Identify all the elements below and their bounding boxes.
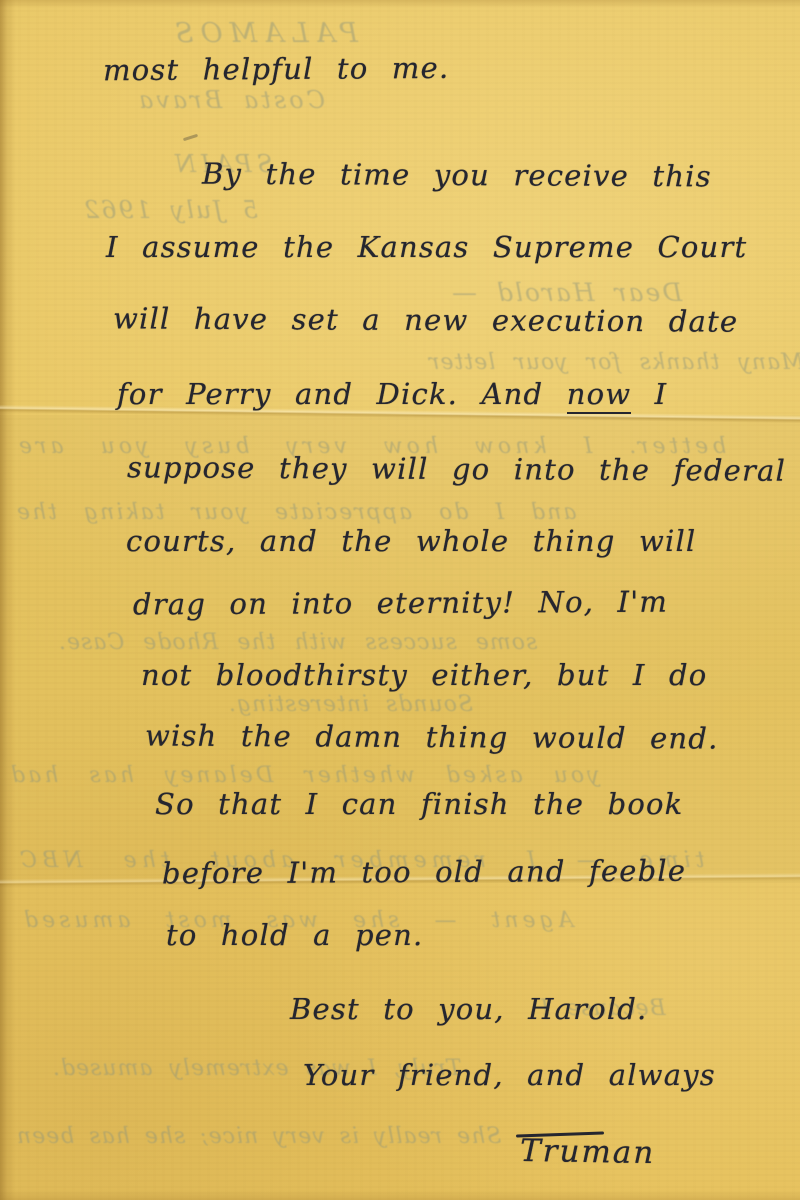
letter-line: wish the damn thing would end.: [145, 718, 719, 755]
letter-line: I assume the Kansas Supreme Court: [106, 230, 747, 264]
letter-photo: PALAMOS Costa Brava SPAIN 5 July 1962 De…: [0, 0, 800, 1200]
signature: Truman: [520, 1133, 656, 1171]
letter-line: courts, and the whole thing will: [126, 524, 696, 558]
letter-line: will have set a new execution date: [113, 301, 738, 338]
bleed-line: you asked whether Delaney has had: [8, 763, 600, 788]
bleed-line: PALAMOS: [168, 18, 358, 49]
paper-bottom-edge-shadow: [0, 1190, 800, 1200]
letter-line: to hold a pen.: [166, 918, 423, 952]
letter-line: for Perry and Dick. And now I: [117, 377, 667, 411]
bleed-line: Sounds interesting.: [228, 692, 473, 717]
letter-line: So that I can finish the book: [155, 787, 683, 821]
bleed-line: and I do appreciate your taking the: [15, 500, 576, 525]
paper-left-edge-shadow: [0, 0, 16, 1200]
bleed-line: some success with the Rhode Case.: [58, 630, 537, 655]
stray-pencil-mark: [183, 134, 198, 141]
closing-line: Best to you, Harold.: [290, 992, 647, 1026]
letter-line: most helpful to me.: [103, 51, 450, 87]
letter-line: not bloodthirsty either, but I do: [141, 658, 707, 692]
bleed-line: Costa Brava: [136, 86, 325, 114]
letter-line: before I'm too old and feeble: [162, 854, 686, 891]
bleed-line: She really is very nice; she has been: [16, 1124, 501, 1149]
closing-line: Your friend, and always: [303, 1058, 716, 1092]
letter-line: drag on into eternity! No, I'm: [133, 585, 668, 622]
letter-line: suppose they will go into the federal: [127, 450, 786, 487]
letter-line: By the time you receive this: [202, 157, 712, 194]
letter-line-text: for Perry and Dick. And: [117, 377, 567, 411]
bleed-line: Many thanks for your letter: [428, 350, 800, 375]
letter-line-text: I: [631, 377, 667, 411]
paper-top-edge-shadow: [0, 0, 800, 8]
bleed-line: 5 July 1962: [82, 196, 258, 224]
underlined-word: now: [567, 377, 632, 414]
